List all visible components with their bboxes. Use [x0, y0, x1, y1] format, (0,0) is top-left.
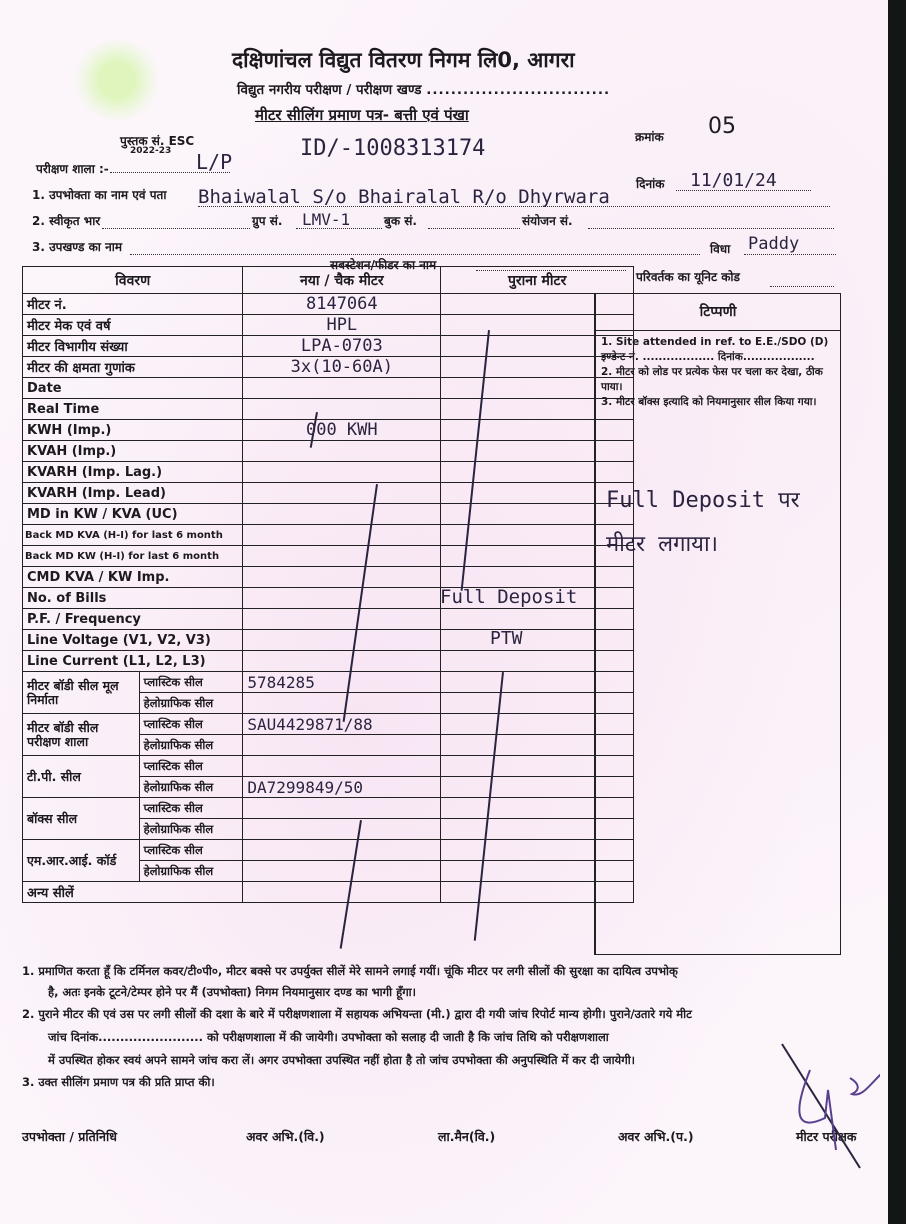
signature-consumer: उपभोक्ता / प्रतिनिधि — [22, 1128, 117, 1145]
dept-line: विद्युत नगरीय परीक्षण / परीक्षण खण्ड ...… — [237, 80, 610, 98]
row-label: MD in KW / KVA (UC) — [23, 504, 243, 525]
new-meter-value — [243, 588, 441, 609]
row-label: Real Time — [23, 399, 243, 420]
row-label: Line Voltage (V1, V2, V3) — [23, 630, 243, 651]
table-row: Date — [23, 378, 634, 399]
remarks-column: टिप्पणी 1. Site attended in ref. to E.E.… — [594, 293, 841, 955]
group-field: LMV-1 — [296, 210, 382, 229]
row-label: KVARH (Imp. Lag.) — [23, 462, 243, 483]
seal-type-label: हेलोग्राफिक सील — [139, 777, 243, 798]
table-row: Real Time — [23, 399, 634, 420]
table-row-other-seals: अन्य सीलें — [23, 882, 634, 903]
seal-number — [243, 798, 441, 819]
new-meter-value — [243, 630, 441, 651]
table-row: Line Voltage (V1, V2, V3) — [23, 630, 634, 651]
book-no-label: बुक सं. — [384, 212, 417, 229]
photo-edge — [888, 0, 906, 1224]
table-header-cell: विवरण — [23, 267, 243, 294]
org-name: दक्षिणांचल विद्युत वितरण निगम लि0, आगरा — [232, 46, 575, 74]
load-field — [102, 214, 250, 229]
new-meter-value: 8147064 — [243, 294, 441, 315]
new-meter-value — [243, 546, 441, 567]
old-meter-note-2: PTW — [490, 628, 523, 649]
table-header-cell: पुराना मीटर — [441, 267, 634, 294]
load-label: 2. स्वीकृत भार — [32, 212, 100, 229]
table-row: Line Current (L1, L2, L3) — [23, 651, 634, 672]
lab-field: L/P — [110, 150, 230, 173]
row-label: Line Current (L1, L2, L3) — [23, 651, 243, 672]
row-label: P.F. / Frequency — [23, 609, 243, 630]
seal-number: DA7299849/50 — [243, 777, 441, 798]
new-meter-value — [243, 378, 441, 399]
connection-label: संयोजन सं. — [522, 212, 573, 229]
row-label: KWH (Imp.) — [23, 420, 243, 441]
seal-type-label: प्लास्टिक सील — [139, 756, 243, 777]
document-page: दक्षिणांचल विद्युत वितरण निगम लि0, आगरा … — [0, 0, 888, 1224]
signature-je-distribution: अवर अभि.(वि.) — [246, 1128, 325, 1145]
mode-field: Paddy — [744, 234, 836, 255]
row-label: KVARH (Imp. Lead) — [23, 483, 243, 504]
remark-item-3: 3. मीटर बॉक्स इत्यादि को नियमानुसार सील … — [601, 395, 835, 410]
remark-item-1: 1. Site attended in ref. to E.E./SDO (D) — [601, 335, 835, 350]
seal-number — [243, 861, 441, 882]
group-label: ग्रुप सं. — [252, 212, 282, 229]
new-meter-value — [243, 567, 441, 588]
seal-group-label: मीटर बॉडी सील मूल निर्माता — [23, 672, 140, 714]
seal-number: 5784285 — [243, 672, 441, 693]
row-label: CMD KVA / KW Imp. — [23, 567, 243, 588]
row-label: Date — [23, 378, 243, 399]
new-meter-value: LPA-0703 — [243, 336, 441, 357]
seal-row: मीटर बॉडी सील परीक्षण शालाप्लास्टिक सीलS… — [23, 714, 634, 735]
transformer-label: परिवर्तक का यूनिट कोड — [636, 268, 740, 285]
remarks-header: टिप्पणी — [596, 294, 840, 331]
remark-handwritten: Full Deposit पर मीटर लगाया। — [606, 479, 836, 567]
other-seals-label: अन्य सीलें — [23, 882, 243, 903]
mode-value: Paddy — [748, 234, 799, 254]
seal-row: एम.आर.आई. कॉर्डप्लास्टिक सील — [23, 840, 634, 861]
seal-type-label: प्लास्टिक सील — [139, 672, 243, 693]
row-label: No. of Bills — [23, 588, 243, 609]
new-meter-value — [243, 462, 441, 483]
consumer-id: ID/-1008313174 — [300, 136, 485, 161]
mode-label: विधा — [710, 240, 730, 257]
group-value: LMV-1 — [302, 210, 350, 229]
row-label: मीटर की क्षमता गुणांक — [23, 357, 243, 378]
declaration-2c: में उपस्थित होकर स्वयं अपने सामने जांच क… — [48, 1053, 635, 1068]
consumer-label: 1. उपभोक्ता का नाम एवं पता — [32, 186, 166, 203]
seal-row: मीटर बॉडी सील मूल निर्माताप्लास्टिक सील5… — [23, 672, 634, 693]
seal-type-label: हेलोग्राफिक सील — [139, 861, 243, 882]
consumer-field: Bhaiwalal S/o Bhairalal R/o Dhyrwara — [198, 186, 830, 207]
connection-field — [588, 214, 834, 229]
seal-type-label: हेलोग्राफिक सील — [139, 693, 243, 714]
company-logo-icon — [72, 40, 162, 120]
new-meter-value: HPL — [243, 315, 441, 336]
serial-value: 05 — [708, 114, 736, 139]
declaration-1b: है, अतः इनके टूटने/टेम्पर होने पर मैं (उ… — [48, 985, 416, 1000]
table-row: KVARH (Imp. Lead) — [23, 483, 634, 504]
table-row: KWH (Imp.)000 KWH — [23, 420, 634, 441]
form-title: मीटर सीलिंग प्रमाण पत्र- बत्ती एवं पंखा — [255, 105, 469, 125]
signature-scribble-icon — [780, 1040, 880, 1180]
meter-details-table: विवरणनया / चैक मीटरपुराना मीटरमीटर नं.81… — [22, 266, 634, 903]
table-row: Back MD KVA (H-I) for last 6 month — [23, 525, 634, 546]
seal-number: SAU4429871/88 — [243, 714, 441, 735]
new-meter-value — [243, 483, 441, 504]
subdivision-label: 3. उपखण्ड का नाम — [32, 238, 122, 255]
declaration-1: 1. प्रमाणित करता हूँ कि टर्मिनल कवर/टी०प… — [22, 964, 678, 979]
seal-group-label: एम.आर.आई. कॉर्ड — [23, 840, 140, 882]
declaration-3: 3. उक्त सीलिंग प्रमाण पत्र की प्रति प्रा… — [22, 1075, 215, 1090]
seal-group-label: टी.पी. सील — [23, 756, 140, 798]
lab-label: परीक्षण शाला :- — [36, 160, 109, 177]
seal-type-label: प्लास्टिक सील — [139, 714, 243, 735]
declaration-2b: जांच दिनांक........................ को प… — [48, 1030, 609, 1045]
declaration-2: 2. पुराने मीटर की एवं उस पर लगी सीलों की… — [22, 1007, 692, 1022]
seal-type-label: हेलोग्राफिक सील — [139, 735, 243, 756]
table-row: मीटर की क्षमता गुणांक3x(10-60A) — [23, 357, 634, 378]
dept-line-text: विद्युत नगरीय परीक्षण / परीक्षण खण्ड — [237, 82, 422, 98]
seal-type-label: प्लास्टिक सील — [139, 798, 243, 819]
seal-number — [243, 840, 441, 861]
other-seals-new — [243, 882, 441, 903]
seal-number — [243, 693, 441, 714]
new-meter-value — [243, 504, 441, 525]
book-no-field — [428, 214, 520, 229]
table-row: Back MD KW (H-I) for last 6 month — [23, 546, 634, 567]
seal-number — [243, 735, 441, 756]
seal-group-label: मीटर बॉडी सील परीक्षण शाला — [23, 714, 140, 756]
new-meter-value — [243, 609, 441, 630]
seal-type-label: प्लास्टिक सील — [139, 840, 243, 861]
remark-item-1b: इण्डेन्ट नं. .................. दिनांक..… — [601, 350, 835, 365]
new-meter-value — [243, 525, 441, 546]
table-row: MD in KW / KVA (UC) — [23, 504, 634, 525]
seal-row: टी.पी. सीलप्लास्टिक सील — [23, 756, 634, 777]
transformer-field — [770, 274, 834, 287]
row-label: मीटर विभागीय संख्या — [23, 336, 243, 357]
lab-value: L/P — [196, 150, 232, 174]
table-row: मीटर नं.8147064 — [23, 294, 634, 315]
remarks-list: 1. Site attended in ref. to E.E./SDO (D)… — [596, 331, 840, 414]
table-header-cell: नया / चैक मीटर — [243, 267, 441, 294]
row-label: KVAH (Imp.) — [23, 441, 243, 462]
serial-label: क्रमांक — [635, 128, 664, 145]
seal-row: बॉक्स सीलप्लास्टिक सील — [23, 798, 634, 819]
new-meter-value — [243, 651, 441, 672]
new-meter-value: 000 KWH — [243, 420, 441, 441]
row-label: मीटर नं. — [23, 294, 243, 315]
table-row: P.F. / Frequency — [23, 609, 634, 630]
signature-lineman: ला.मैन(वि.) — [438, 1128, 495, 1145]
consumer-value: Bhaiwalal S/o Bhairalal R/o Dhyrwara — [198, 186, 610, 208]
new-meter-value — [243, 441, 441, 462]
row-label: Back MD KVA (H-I) for last 6 month — [23, 525, 243, 546]
table-row: KVARH (Imp. Lag.) — [23, 462, 634, 483]
seal-number — [243, 819, 441, 840]
new-meter-value — [243, 399, 441, 420]
seal-number — [243, 756, 441, 777]
table-row: मीटर मेक एवं वर्षHPL — [23, 315, 634, 336]
table-header-row: विवरणनया / चैक मीटरपुराना मीटर — [23, 267, 634, 294]
remark-item-2: 2. मीटर को लोड पर प्रत्येक फेस पर चला कर… — [601, 365, 835, 395]
signature-je-testing: अवर अभि.(प.) — [618, 1128, 694, 1145]
seal-type-label: हेलोग्राफिक सील — [139, 819, 243, 840]
row-label: मीटर मेक एवं वर्ष — [23, 315, 243, 336]
table-row: मीटर विभागीय संख्याLPA-0703 — [23, 336, 634, 357]
table-row: KVAH (Imp.) — [23, 441, 634, 462]
new-meter-value: 3x(10-60A) — [243, 357, 441, 378]
table-row: CMD KVA / KW Imp. — [23, 567, 634, 588]
row-label: Back MD KW (H-I) for last 6 month — [23, 546, 243, 567]
subdivision-field — [130, 240, 700, 255]
seal-group-label: बॉक्स सील — [23, 798, 140, 840]
